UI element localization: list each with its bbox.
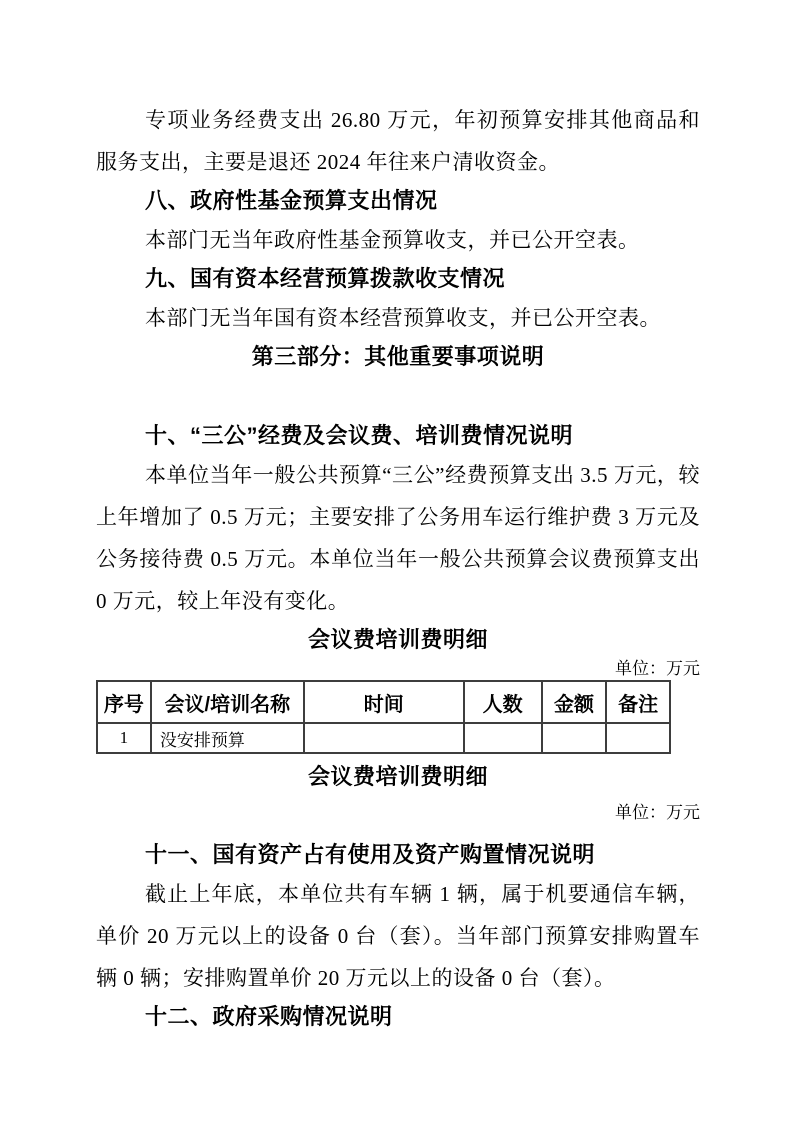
col-header-time: 时间 <box>304 681 464 723</box>
document-page: 专项业务经费支出 26.80 万元，年初预算安排其他商品和服务支出，主要是退还 … <box>0 0 793 1122</box>
table-header-row: 序号 会议/培训名称 时间 人数 金额 备注 <box>97 681 670 723</box>
cell-count <box>464 723 542 753</box>
table-row: 1 没安排预算 <box>97 723 670 753</box>
paragraph-section-8: 本部门无当年政府性基金预算收支，并已公开空表。 <box>96 219 700 261</box>
section-heading-10: 十、“三公”经费及会议费、培训费情况说明 <box>96 418 700 454</box>
col-header-count: 人数 <box>464 681 542 723</box>
unit-note-1: 单位：万元 <box>96 658 700 680</box>
col-header-seq: 序号 <box>97 681 151 723</box>
cell-seq: 1 <box>97 723 151 753</box>
col-header-note: 备注 <box>606 681 670 723</box>
paragraph-section-10: 本单位当年一般公共预算“三公”经费预算支出 3.5 万元，较上年增加了 0.5 … <box>96 454 700 622</box>
paragraph-section-11: 截止上年底，本单位共有车辆 1 辆，属于机要通信车辆，单价 20 万元以上的设备… <box>96 873 700 999</box>
col-header-amount: 金额 <box>542 681 607 723</box>
meeting-table-title-2: 会议费培训费明细 <box>96 759 700 795</box>
paragraph-section-9: 本部门无当年国有资本经营预算收支，并已公开空表。 <box>96 297 700 339</box>
section-heading-8: 八、政府性基金预算支出情况 <box>96 183 700 219</box>
cell-note <box>606 723 670 753</box>
cell-time <box>304 723 464 753</box>
cell-amount <box>542 723 607 753</box>
paragraph-special-funds: 专项业务经费支出 26.80 万元，年初预算安排其他商品和服务支出，主要是退还 … <box>96 99 700 183</box>
cell-name: 没安排预算 <box>151 723 304 753</box>
section-heading-12: 十二、政府采购情况说明 <box>96 999 700 1035</box>
part3-title: 第三部分：其他重要事项说明 <box>96 339 700 375</box>
section-heading-9: 九、国有资本经营预算拨款收支情况 <box>96 261 700 297</box>
col-header-name: 会议/培训名称 <box>151 681 304 723</box>
meeting-expense-table: 序号 会议/培训名称 时间 人数 金额 备注 1 没安排预算 <box>96 680 671 754</box>
unit-note-2: 单位：万元 <box>96 802 700 824</box>
section-heading-11: 十一、国有资产占有使用及资产购置情况说明 <box>96 837 700 873</box>
meeting-table-title-1: 会议费培训费明细 <box>96 622 700 658</box>
